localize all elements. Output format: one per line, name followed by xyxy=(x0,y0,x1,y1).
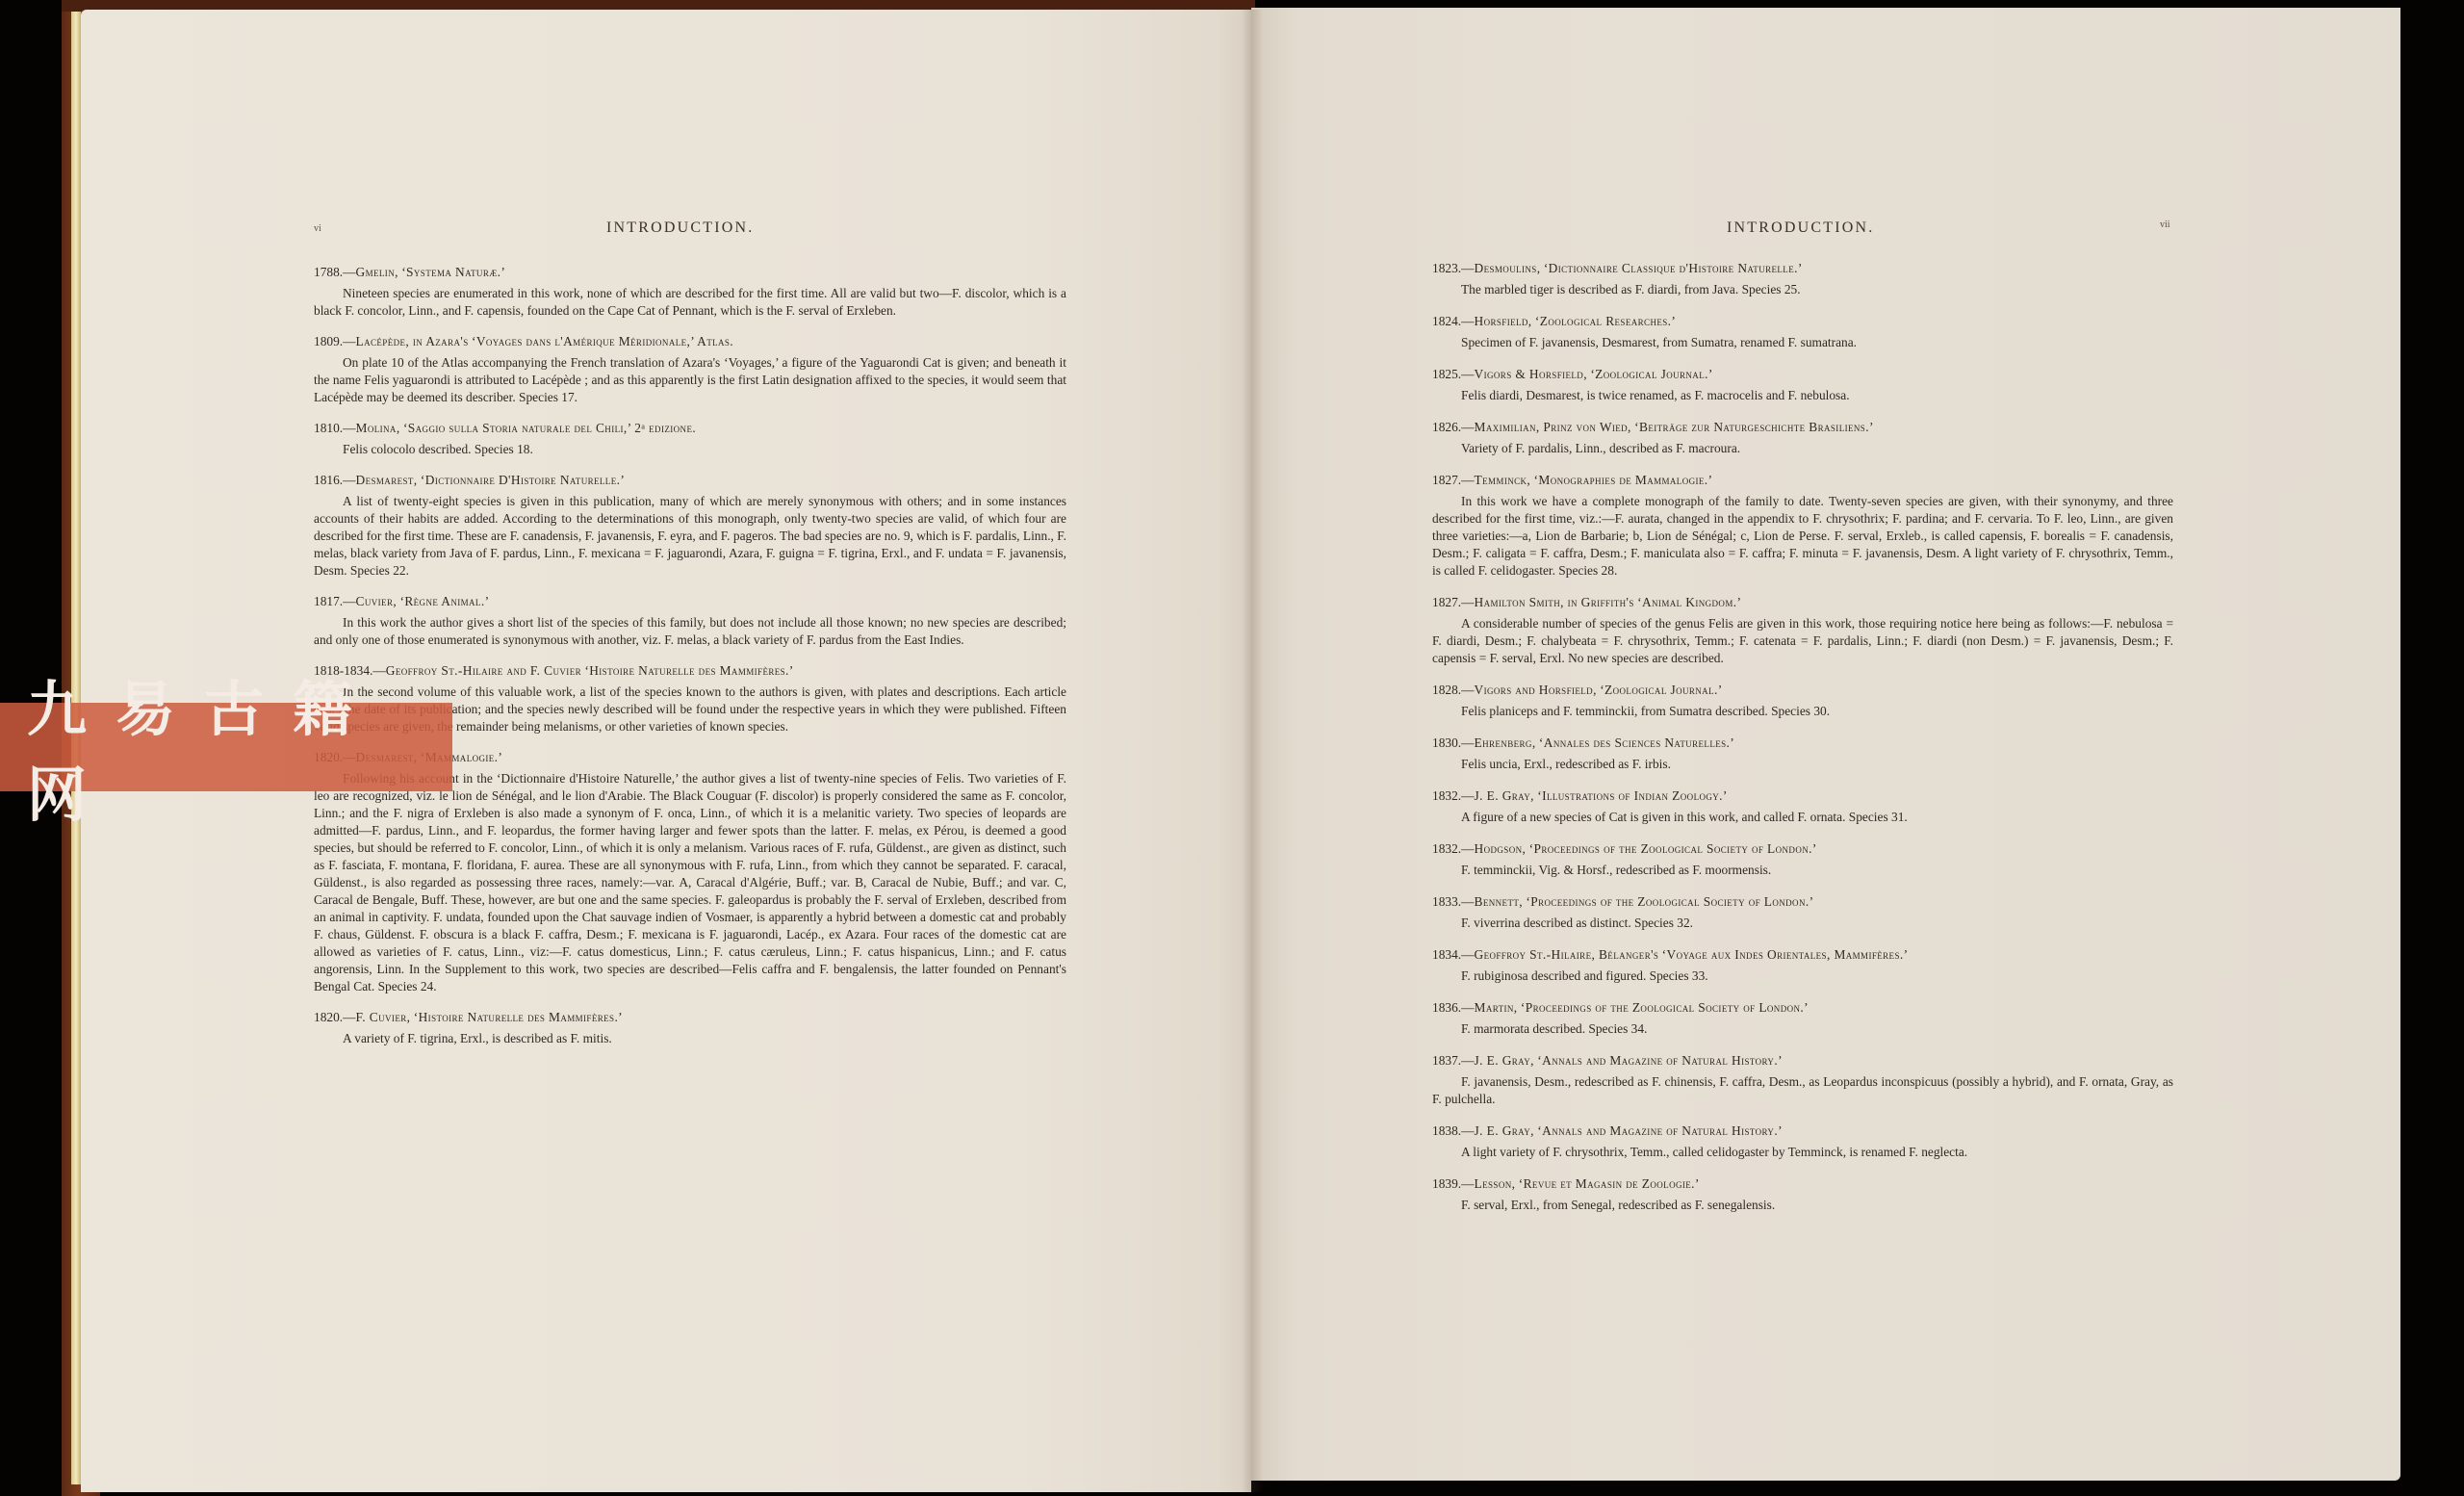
entry-heading: 1833.—Bennett, ‘Proceedings of the Zoolo… xyxy=(1432,893,2173,911)
entry-heading: 1826.—Maximilian, Prinz von Wied, ‘Beitr… xyxy=(1432,419,2173,436)
entry-body: Specimen of F. javanensis, Desmarest, fr… xyxy=(1432,334,2173,351)
entry-heading: 1827.—Temminck, ‘Monographies de Mammalo… xyxy=(1432,472,2173,489)
entry-title: ‘Beiträge zur Naturgeschichte Brasiliens… xyxy=(1634,420,1874,434)
entry-body: The marbled tiger is described as F. dia… xyxy=(1432,281,2173,298)
entry-heading: 1816.—Desmarest, ‘Dictionnaire D'Histoir… xyxy=(314,472,1066,489)
entry-title: ‘Systema Naturæ.’ xyxy=(401,265,505,279)
entry-title: ‘Histoire Naturelle des Mammifères.’ xyxy=(414,1010,623,1024)
entry-title: ‘Règne Animal.’ xyxy=(399,594,489,608)
entry-author: Martin, xyxy=(1475,1000,1518,1015)
entry-title: ‘Animal Kingdom.’ xyxy=(1637,595,1741,609)
entry-author: Molina, xyxy=(356,421,400,435)
entry-heading: 1820.—F. Cuvier, ‘Histoire Naturelle des… xyxy=(314,1009,1066,1026)
entry-title: ‘Annales des Sciences Naturelles.’ xyxy=(1539,735,1734,750)
watermark-text: 九易古籍网 xyxy=(27,661,452,833)
entry-year: 1827.— xyxy=(1432,595,1475,609)
entry-year: 1816.— xyxy=(314,473,356,487)
entry-year: 1832.— xyxy=(1432,788,1475,803)
bibliography-entry: 1832.—Hodgson, ‘Proceedings of the Zoolo… xyxy=(1432,840,2173,879)
bibliography-entry: 1826.—Maximilian, Prinz von Wied, ‘Beitr… xyxy=(1432,419,2173,457)
entry-title: ‘Zoological Journal.’ xyxy=(1600,683,1722,697)
entry-body: A light variety of F. chrysothrix, Temm.… xyxy=(1432,1144,2173,1161)
entry-heading: 1837.—J. E. Gray, ‘Annals and Magazine o… xyxy=(1432,1052,2173,1070)
entry-body: In this work the author gives a short li… xyxy=(314,614,1066,649)
entry-title: ‘Histoire Naturelle des Mammifères.’ xyxy=(584,663,793,678)
right-running-head: INTRODUCTION. xyxy=(1727,219,1874,237)
entry-body: Nineteen species are enumerated in this … xyxy=(314,285,1066,320)
entry-body: F. javanensis, Desm., redescribed as F. … xyxy=(1432,1073,2173,1108)
entry-year: 1832.— xyxy=(1432,841,1475,856)
entry-body: A list of twenty-eight species is given … xyxy=(314,493,1066,580)
bibliography-entry: 1834.—Geoffroy St.-Hilaire, Bélanger's ‘… xyxy=(1432,946,2173,985)
entry-body: In this work we have a complete monograp… xyxy=(1432,493,2173,580)
entry-year: 1834.— xyxy=(1432,947,1475,962)
entry-author: Desmoulins, xyxy=(1475,261,1541,275)
spine-gutter xyxy=(1242,10,1263,1492)
entry-body: A variety of F. tigrina, Erxl., is descr… xyxy=(314,1030,1066,1047)
entry-title: ‘Annals and Magazine of Natural History.… xyxy=(1537,1053,1783,1068)
entry-author: Maximilian, Prinz von Wied, xyxy=(1475,420,1631,434)
entry-heading: 1825.—Vigors & Horsfield, ‘Zoological Jo… xyxy=(1432,366,2173,383)
entry-author: Desmarest, xyxy=(356,473,418,487)
bibliography-entry: 1825.—Vigors & Horsfield, ‘Zoological Jo… xyxy=(1432,366,2173,404)
entry-body: F. rubiginosa described and figured. Spe… xyxy=(1432,967,2173,985)
entry-body: Variety of F. pardalis, Linn., described… xyxy=(1432,440,2173,457)
entry-year: 1817.— xyxy=(314,594,356,608)
entry-author: J. E. Gray, xyxy=(1475,788,1534,803)
entry-title: ‘Voyage aux Indes Orientales, Mammifères… xyxy=(1662,947,1909,962)
entry-title: ‘Zoological Journal.’ xyxy=(1590,367,1712,381)
entry-heading: 1809.—Lacépède, in Azara's ‘Voyages dans… xyxy=(314,333,1066,350)
bibliography-entry: 1788.—Gmelin, ‘Systema Naturæ.’Nineteen … xyxy=(314,264,1066,320)
entry-body: F. viverrina described as distinct. Spec… xyxy=(1432,915,2173,932)
bibliography-entry: 1832.—J. E. Gray, ‘Illustrations of Indi… xyxy=(1432,787,2173,826)
entry-year: 1839.— xyxy=(1432,1176,1475,1191)
bibliography-entry: 1836.—Martin, ‘Proceedings of the Zoolog… xyxy=(1432,999,2173,1038)
left-folio: vi xyxy=(314,223,321,234)
entry-year: 1788.— xyxy=(314,265,356,279)
entry-year: 1810.— xyxy=(314,421,356,435)
entry-author: Bennett, xyxy=(1475,894,1523,909)
entry-author: Lesson, xyxy=(1475,1176,1516,1191)
bibliography-entry: 1827.—Hamilton Smith, in Griffith's ‘Ani… xyxy=(1432,594,2173,667)
entry-year: 1838.— xyxy=(1432,1123,1475,1138)
bibliography-entry: 1838.—J. E. Gray, ‘Annals and Magazine o… xyxy=(1432,1122,2173,1161)
entry-year: 1827.— xyxy=(1432,473,1475,487)
bibliography-entry: 1833.—Bennett, ‘Proceedings of the Zoolo… xyxy=(1432,893,2173,932)
entry-title: ‘Illustrations of Indian Zoology.’ xyxy=(1537,788,1728,803)
entry-heading: 1834.—Geoffroy St.-Hilaire, Bélanger's ‘… xyxy=(1432,946,2173,964)
entry-body: Felis uncia, Erxl., redescribed as F. ir… xyxy=(1432,756,2173,773)
bibliography-entry: 1827.—Temminck, ‘Monographies de Mammalo… xyxy=(1432,472,2173,580)
entry-heading: 1824.—Horsfield, ‘Zoological Researches.… xyxy=(1432,313,2173,330)
bibliography-entry: 1820.—F. Cuvier, ‘Histoire Naturelle des… xyxy=(314,1009,1066,1047)
entry-author: Temminck, xyxy=(1475,473,1531,487)
entry-year: 1837.— xyxy=(1432,1053,1475,1068)
entry-title: ‘Proceedings of the Zoological Society o… xyxy=(1529,841,1817,856)
bibliography-entry: 1817.—Cuvier, ‘Règne Animal.’In this wor… xyxy=(314,593,1066,649)
entry-heading: 1788.—Gmelin, ‘Systema Naturæ.’ xyxy=(314,264,1066,281)
entry-heading: 1810.—Molina, ‘Saggio sulla Storia natur… xyxy=(314,420,1066,437)
entry-heading: 1838.—J. E. Gray, ‘Annals and Magazine o… xyxy=(1432,1122,2173,1140)
entry-year: 1836.— xyxy=(1432,1000,1475,1015)
entry-title: ‘Zoological Researches.’ xyxy=(1535,314,1676,328)
entry-author: Ehrenberg, xyxy=(1475,735,1536,750)
entry-author: Hamilton Smith, in Griffith's xyxy=(1475,595,1634,609)
bibliography-entry: 1828.—Vigors and Horsfield, ‘Zoological … xyxy=(1432,682,2173,720)
entry-year: 1823.— xyxy=(1432,261,1475,275)
entry-title: ‘Saggio sulla Storia naturale del Chili,… xyxy=(403,421,696,435)
entry-body: Felis colocolo described. Species 18. xyxy=(314,441,1066,458)
entry-title: ‘Revue et Magasin de Zoologie.’ xyxy=(1519,1176,1700,1191)
left-running-head: INTRODUCTION. xyxy=(606,219,754,237)
entry-year: 1824.— xyxy=(1432,314,1475,328)
bibliography-entry: 1837.—J. E. Gray, ‘Annals and Magazine o… xyxy=(1432,1052,2173,1108)
entry-heading: 1817.—Cuvier, ‘Règne Animal.’ xyxy=(314,593,1066,610)
entry-heading: 1830.—Ehrenberg, ‘Annales des Sciences N… xyxy=(1432,735,2173,752)
entry-year: 1825.— xyxy=(1432,367,1475,381)
entry-heading: 1832.—J. E. Gray, ‘Illustrations of Indi… xyxy=(1432,787,2173,805)
entry-title: ‘Annals and Magazine of Natural History.… xyxy=(1537,1123,1783,1138)
entry-heading: 1839.—Lesson, ‘Revue et Magasin de Zoolo… xyxy=(1432,1175,2173,1193)
entry-author: Cuvier, xyxy=(356,594,398,608)
entry-author: Horsfield, xyxy=(1475,314,1532,328)
entry-year: 1828.— xyxy=(1432,683,1475,697)
entry-body: On plate 10 of the Atlas accompanying th… xyxy=(314,354,1066,406)
right-page-text: 1823.—Desmoulins, ‘Dictionnaire Classiqu… xyxy=(1432,260,2173,1228)
entry-body: F. temminckii, Vig. & Horsf., redescribe… xyxy=(1432,862,2173,879)
entry-body: Felis diardi, Desmarest, is twice rename… xyxy=(1432,387,2173,404)
entry-title: ‘Proceedings of the Zoological Society o… xyxy=(1521,1000,1809,1015)
right-folio: vii xyxy=(2160,219,2170,230)
bibliography-entry: 1839.—Lesson, ‘Revue et Magasin de Zoolo… xyxy=(1432,1175,2173,1214)
entry-title: ‘Dictionnaire D'Histoire Naturelle.’ xyxy=(421,473,625,487)
bibliography-entry: 1823.—Desmoulins, ‘Dictionnaire Classiqu… xyxy=(1432,260,2173,298)
entry-body: Felis planiceps and F. temminckii, from … xyxy=(1432,703,2173,720)
bibliography-entry: 1830.—Ehrenberg, ‘Annales des Sciences N… xyxy=(1432,735,2173,773)
entry-author: Vigors and Horsfield, xyxy=(1475,683,1597,697)
entry-heading: 1823.—Desmoulins, ‘Dictionnaire Classiqu… xyxy=(1432,260,2173,277)
entry-author: Lacépède, in Azara's xyxy=(356,334,469,348)
entry-body: A figure of a new species of Cat is give… xyxy=(1432,809,2173,826)
entry-title: ‘Voyages dans l'Amérique Méridionale,’ A… xyxy=(472,334,733,348)
entry-title: ‘Proceedings of the Zoological Society o… xyxy=(1526,894,1813,909)
entry-author: Vigors & Horsfield, xyxy=(1475,367,1587,381)
bibliography-entry: 1810.—Molina, ‘Saggio sulla Storia natur… xyxy=(314,420,1066,458)
entry-year: 1809.— xyxy=(314,334,356,348)
bibliography-entry: 1824.—Horsfield, ‘Zoological Researches.… xyxy=(1432,313,2173,351)
entry-year: 1830.— xyxy=(1432,735,1475,750)
entry-body: F. marmorata described. Species 34. xyxy=(1432,1020,2173,1038)
entry-author: J. E. Gray, xyxy=(1475,1053,1534,1068)
entry-body: A considerable number of species of the … xyxy=(1432,615,2173,667)
entry-year: 1826.— xyxy=(1432,420,1475,434)
entry-year: 1820.— xyxy=(314,1010,356,1024)
entry-author: F. Cuvier, xyxy=(356,1010,411,1024)
entry-year: 1833.— xyxy=(1432,894,1475,909)
entry-author: Geoffroy St.-Hilaire, Bélanger's xyxy=(1475,947,1659,962)
bibliography-entry: 1816.—Desmarest, ‘Dictionnaire D'Histoir… xyxy=(314,472,1066,580)
entry-author: J. E. Gray, xyxy=(1475,1123,1534,1138)
entry-title: ‘Monographies de Mammalogie.’ xyxy=(1534,473,1713,487)
entry-author: Hodgson, xyxy=(1475,841,1527,856)
entry-body: F. serval, Erxl., from Senegal, redescri… xyxy=(1432,1197,2173,1214)
entry-heading: 1836.—Martin, ‘Proceedings of the Zoolog… xyxy=(1432,999,2173,1017)
bibliography-entry: 1809.—Lacépède, in Azara's ‘Voyages dans… xyxy=(314,333,1066,406)
entry-heading: 1828.—Vigors and Horsfield, ‘Zoological … xyxy=(1432,682,2173,699)
entry-heading: 1827.—Hamilton Smith, in Griffith's ‘Ani… xyxy=(1432,594,2173,611)
watermark-banner: 九易古籍网 xyxy=(0,703,452,791)
entry-author: Gmelin, xyxy=(356,265,398,279)
entry-heading: 1832.—Hodgson, ‘Proceedings of the Zoolo… xyxy=(1432,840,2173,858)
entry-title: ‘Dictionnaire Classique d'Histoire Natur… xyxy=(1544,261,1803,275)
